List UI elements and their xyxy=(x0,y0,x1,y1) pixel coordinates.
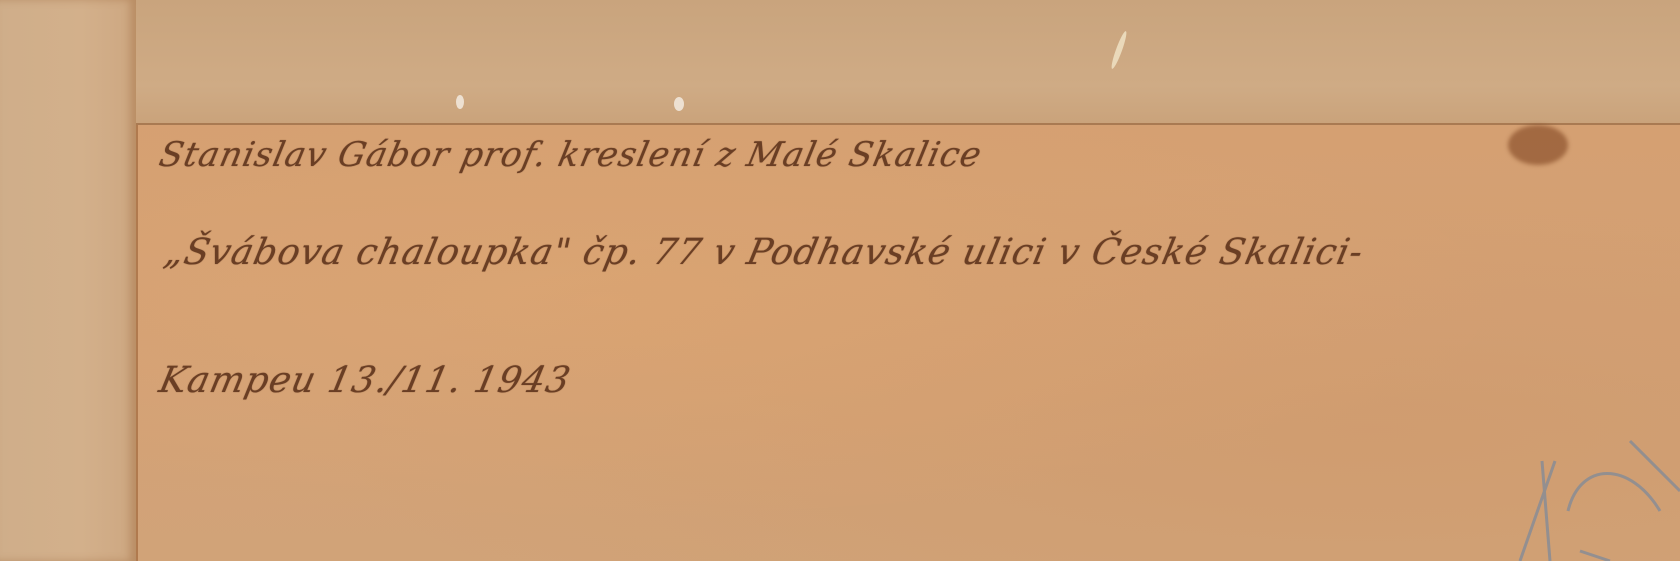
document-photo: Stanislav Gábor prof. kreslení z Malé Sk… xyxy=(0,0,1680,561)
paper-speck xyxy=(1109,30,1128,70)
handwritten-line-date: Kampeu 13./11. 1943 xyxy=(156,360,575,401)
handwritten-line-author: Stanislav Gábor prof. kreslení z Malé Sk… xyxy=(156,135,986,175)
handwritten-line-title: „Švábova chaloupka" čp. 77 v Podhavské u… xyxy=(161,232,1368,273)
paper-speck xyxy=(456,95,464,109)
handwritten-label xyxy=(138,125,1680,561)
paper-speck xyxy=(674,97,684,111)
backing-paper-top-strip xyxy=(136,0,1680,125)
backing-paper-left-strip xyxy=(0,0,138,561)
pencil-mark-icon xyxy=(1480,401,1680,561)
ink-stain xyxy=(1508,125,1568,165)
